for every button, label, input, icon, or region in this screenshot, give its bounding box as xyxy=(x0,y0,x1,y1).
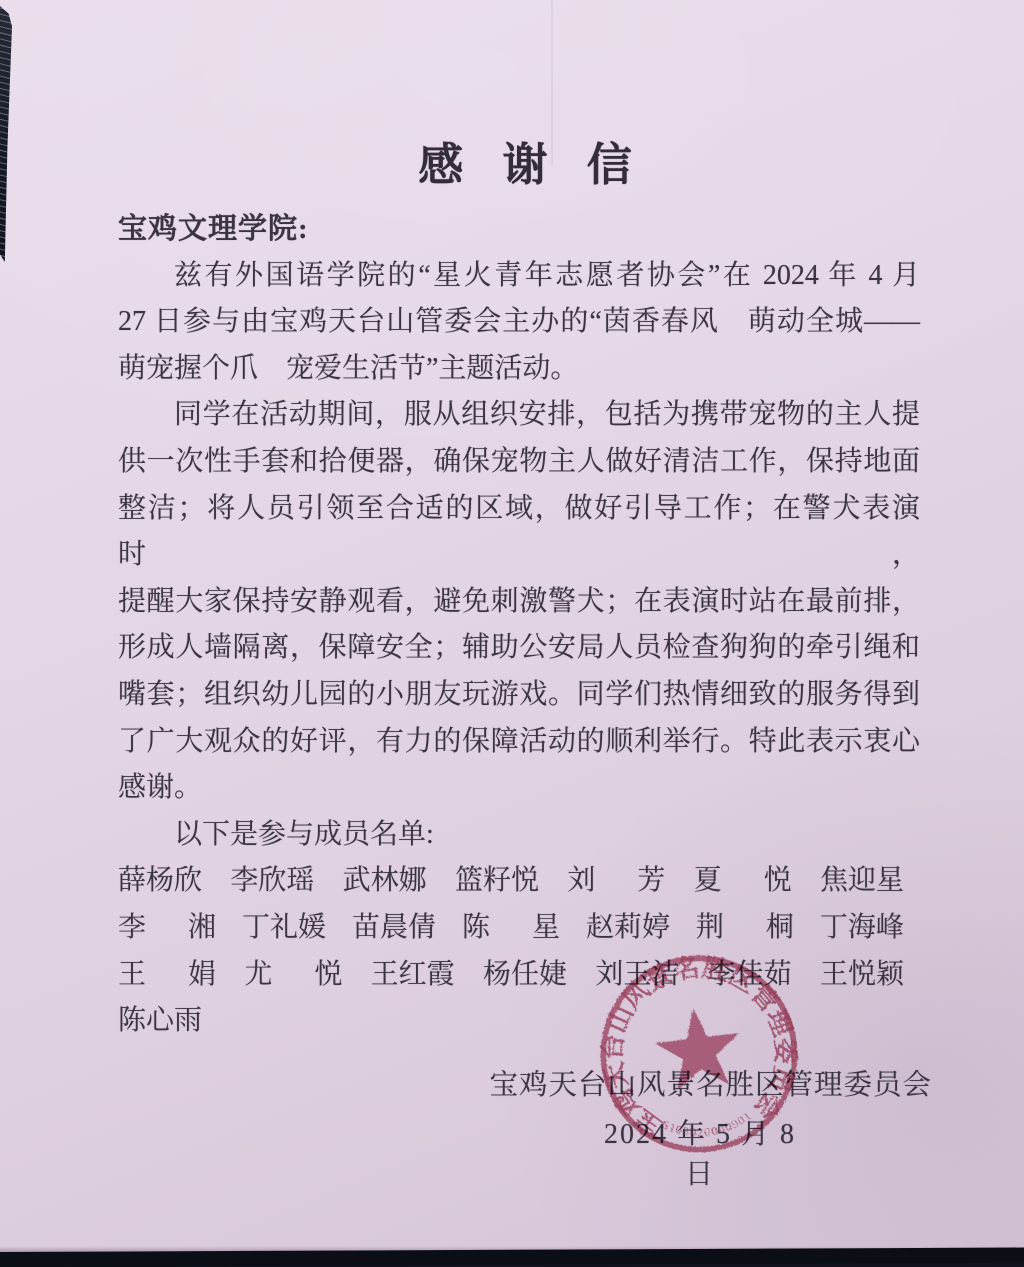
member-name: 夏悦 xyxy=(694,858,834,905)
official-seal: 宝鸡天台山风景名胜区管理委员会 6103020040901 xyxy=(573,933,828,1191)
letter-line: 整洁；将人员引领至合适的区域，做好引导工作；在警犬表演时， xyxy=(118,486,920,579)
letter-title: 感 谢 信 xyxy=(118,128,920,193)
member-name: 李湘 xyxy=(118,905,258,952)
letter-line: 了广大观众的好评，有力的保障活动的顺利举行。特此表示衷心 xyxy=(118,719,920,766)
member-name: 苗晨倩 xyxy=(352,905,436,952)
letter-line: 形成人墙隔离，保障安全；辅助公安局人员检查狗狗的牵引绳和 xyxy=(118,625,920,672)
member-name: 王红霞 xyxy=(371,952,455,999)
letter-line: 27 日参与由宝鸡天台山管委会主办的“茵香春风 萌动全城—— xyxy=(118,299,920,346)
letter-line: 同学在活动期间，服从组织安排，包括为携带宠物的主人提 xyxy=(118,392,920,439)
roster-intro: 以下是参与成员名单: xyxy=(118,812,920,859)
letter-line: 兹有外国语学院的“星火青年志愿者协会”在 2024 年 4 月 xyxy=(118,253,920,300)
seal-star-icon xyxy=(651,1002,745,1093)
member-name: 武林娜 xyxy=(343,858,427,905)
member-name: 篮籽悦 xyxy=(455,858,539,905)
photographed-letter: 感 谢 信 宝鸡文理学院: 兹有外国语学院的“星火青年志愿者协会”在 2024 … xyxy=(0,0,1024,1267)
letter-line: 供一次性手套和拾便器，确保宠物主人做好清洁工作，保持地面 xyxy=(118,439,920,486)
letter-line: 感谢。 xyxy=(118,765,920,812)
member-name: 王悦颖 xyxy=(820,952,904,999)
photo-edge-bottom xyxy=(0,1248,1024,1267)
member-name: 陈心雨 xyxy=(118,998,202,1045)
member-name: 杨任婕 xyxy=(483,952,567,999)
roster-row: 薛杨欣 李欣瑶 武林娜 篮籽悦 刘芳 夏悦 焦迎星 xyxy=(118,858,920,905)
member-name: 陈星 xyxy=(462,905,602,952)
letter-line: 嘴套；组织幼儿园的小朋友玩游戏。同学们热情细致的服务得到 xyxy=(118,672,920,719)
letter-paper: 感 谢 信 宝鸡文理学院: 兹有外国语学院的“星火青年志愿者协会”在 2024 … xyxy=(0,0,1024,1253)
member-name: 丁海峰 xyxy=(820,905,904,952)
salutation: 宝鸡文理学院: xyxy=(118,206,920,253)
member-name: 刘芳 xyxy=(567,858,707,905)
member-name: 尤悦 xyxy=(244,952,384,999)
member-name: 丁礼媛 xyxy=(242,905,326,952)
member-name: 王娟 xyxy=(118,952,258,999)
member-name: 薛杨欣 xyxy=(118,858,202,905)
member-name: 李欣瑶 xyxy=(230,858,314,905)
letter-body: 宝鸡文理学院: 兹有外国语学院的“星火青年志愿者协会”在 2024 年 4 月 … xyxy=(118,206,920,1045)
letter-line: 萌宠握个爪 宠爱生活节”主题活动。 xyxy=(118,346,920,393)
member-name: 焦迎星 xyxy=(820,858,904,905)
letter-line: 提醒大家保持安静观看，避免刺激警犬；在表演时站在最前排， xyxy=(118,579,920,626)
member-name: 赵莉婷 xyxy=(586,905,670,952)
